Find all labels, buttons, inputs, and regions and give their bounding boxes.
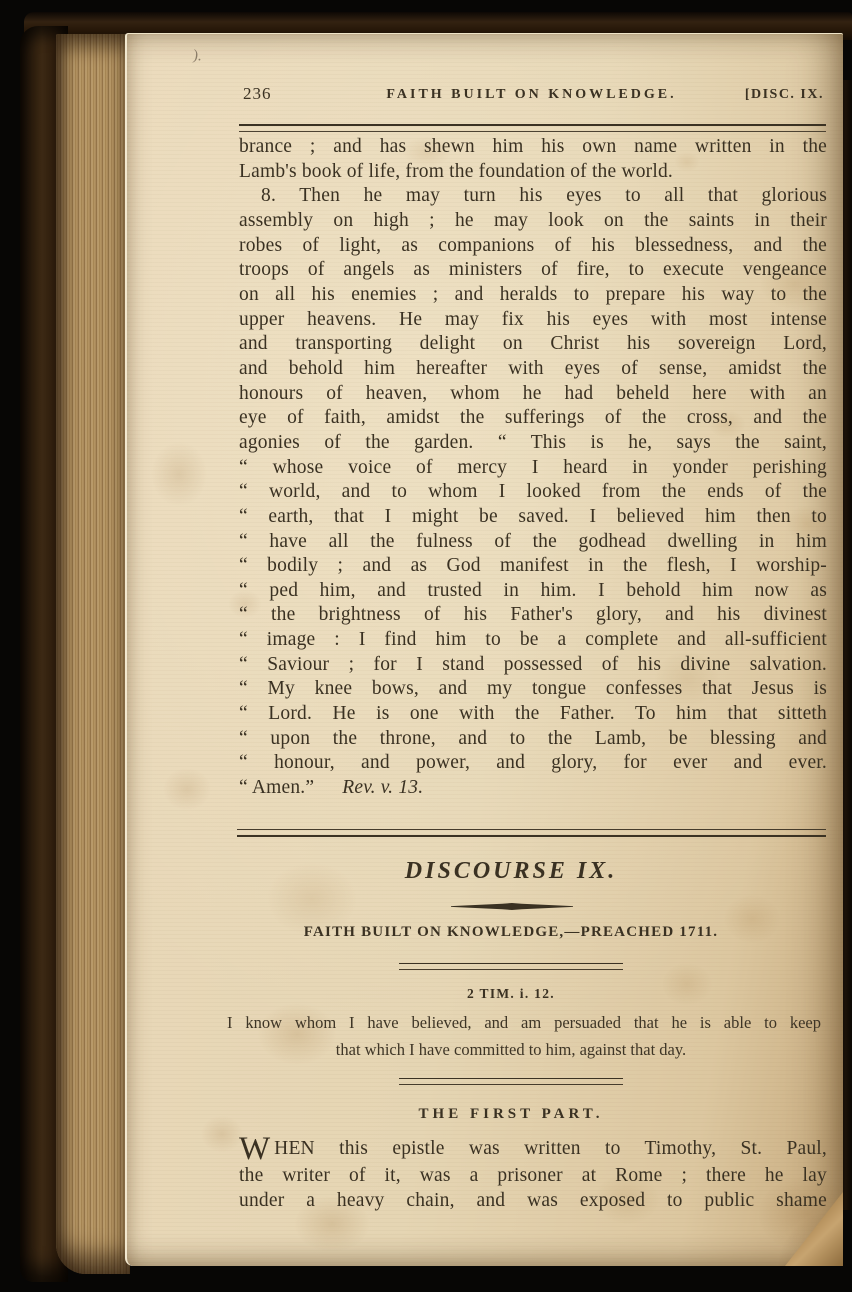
text-line: “ world, and to whom I looked from the e… [239, 480, 827, 505]
text-line: “ have all the fulness of the godhead dw… [239, 530, 827, 555]
text-line: “ honour, and power, and glory, for ever… [239, 751, 827, 776]
text-line: WHEN this epistle was written to Timothy… [239, 1136, 827, 1163]
text-line: brance ; and has shewn him his own name … [239, 135, 827, 160]
closing-line: “ Amen.”Rev. v. 13. [239, 776, 827, 801]
text-line: and behold him hereafter with eyes of se… [239, 357, 827, 382]
photograph-background: ). 236 FAITH BUILT ON KNOWLEDGE. [DISC. … [0, 0, 852, 1292]
line-text: HEN this epistle was written to Timothy,… [274, 1138, 827, 1159]
text-line: “ image : I find him to be a complete an… [239, 628, 827, 653]
discourse-subtitle: FAITH BUILT ON KNOWLEDGE,—PREACHED 1711. [211, 924, 811, 941]
discourse-marker: [DISC. IX. [239, 87, 824, 103]
text-line: “ bodily ; and as God manifest in the fl… [239, 554, 827, 579]
closing-quote: “ Amen.” [239, 777, 314, 798]
main-text-block: brance ; and has shewn him his own name … [239, 135, 827, 801]
text-line: under a heavy chain, and was exposed to … [239, 1188, 827, 1214]
text-line: 8. Then he may turn his eyes to all that… [239, 184, 827, 209]
part-heading: THE FIRST PART. [211, 1106, 811, 1123]
text-line: “ upon the throne, and to the Lamb, be b… [239, 727, 827, 752]
text-line: “ earth, that I might be saved. I believ… [239, 505, 827, 530]
text-line: Lamb's book of life, from the foundation… [239, 160, 827, 185]
text-line: on all his enemies ; and heralds to prep… [239, 283, 827, 308]
paragraph-lines: brance ; and has shewn him his own name … [239, 135, 827, 776]
text-line: troops of angels as ministers of fire, t… [239, 258, 827, 283]
handwritten-ink-mark: ). [192, 47, 203, 65]
scripture-reference: 2 TIM. i. 12. [211, 986, 811, 1002]
text-line: “ Saviour ; for I stand possessed of his… [239, 653, 827, 678]
header-rule [239, 124, 826, 132]
text-line: robes of light, as companions of his ble… [239, 234, 827, 259]
book-page: ). 236 FAITH BUILT ON KNOWLEDGE. [DISC. … [125, 33, 843, 1266]
epigraph-line: that which I have committed to him, agai… [211, 1040, 811, 1060]
text-line: “ whose voice of mercy I heard in yonder… [239, 456, 827, 481]
swelled-rule-ornament [451, 903, 573, 910]
double-rule [399, 963, 623, 970]
text-line: eye of faith, amidst the sufferings of t… [239, 406, 827, 431]
double-rule [399, 1078, 623, 1085]
drop-initial: W [239, 1131, 271, 1167]
text-line: assembly on high ; he may look on the sa… [239, 209, 827, 234]
text-line: “ My knee bows, and my tongue confesses … [239, 677, 827, 702]
text-line: agonies of the garden. “ This is he, say… [239, 431, 827, 456]
first-part-text-block: WHEN this epistle was written to Timothy… [239, 1136, 827, 1214]
section-divider-rule [237, 829, 826, 837]
text-line: and transporting delight on Christ his s… [239, 332, 827, 357]
text-line: “ Lord. He is one with the Father. To hi… [239, 702, 827, 727]
scripture-citation: Rev. v. 13. [342, 777, 423, 798]
text-line: the writer of it, was a prisoner at Rome… [239, 1163, 827, 1189]
paragraph-lines: the writer of it, was a prisoner at Rome… [239, 1163, 827, 1214]
discourse-title: DISCOURSE IX. [211, 858, 811, 885]
text-line: upper heavens. He may fix his eyes with … [239, 308, 827, 333]
book-page-edges [56, 34, 130, 1274]
text-line: honours of heaven, whom he had beheld he… [239, 382, 827, 407]
text-line: “ the brightness of his Father's glory, … [239, 603, 827, 628]
epigraph-line: I know whom I have believed, and am pers… [227, 1013, 821, 1033]
text-line: “ ped him, and trusted in him. I behold … [239, 579, 827, 604]
